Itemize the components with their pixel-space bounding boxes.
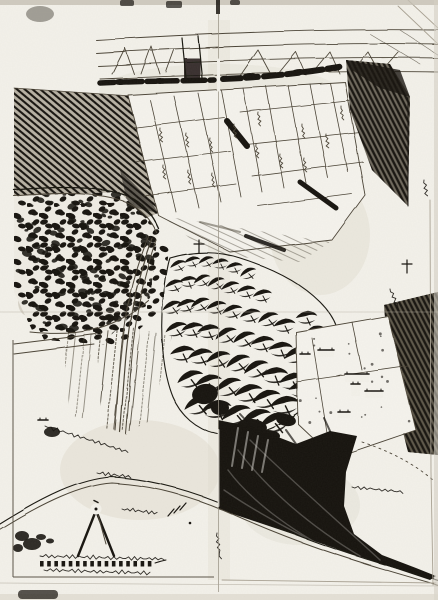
- paper-grain: [0, 0, 438, 600]
- scanned-map-sheet: [0, 0, 438, 600]
- map-canvas: [0, 0, 438, 600]
